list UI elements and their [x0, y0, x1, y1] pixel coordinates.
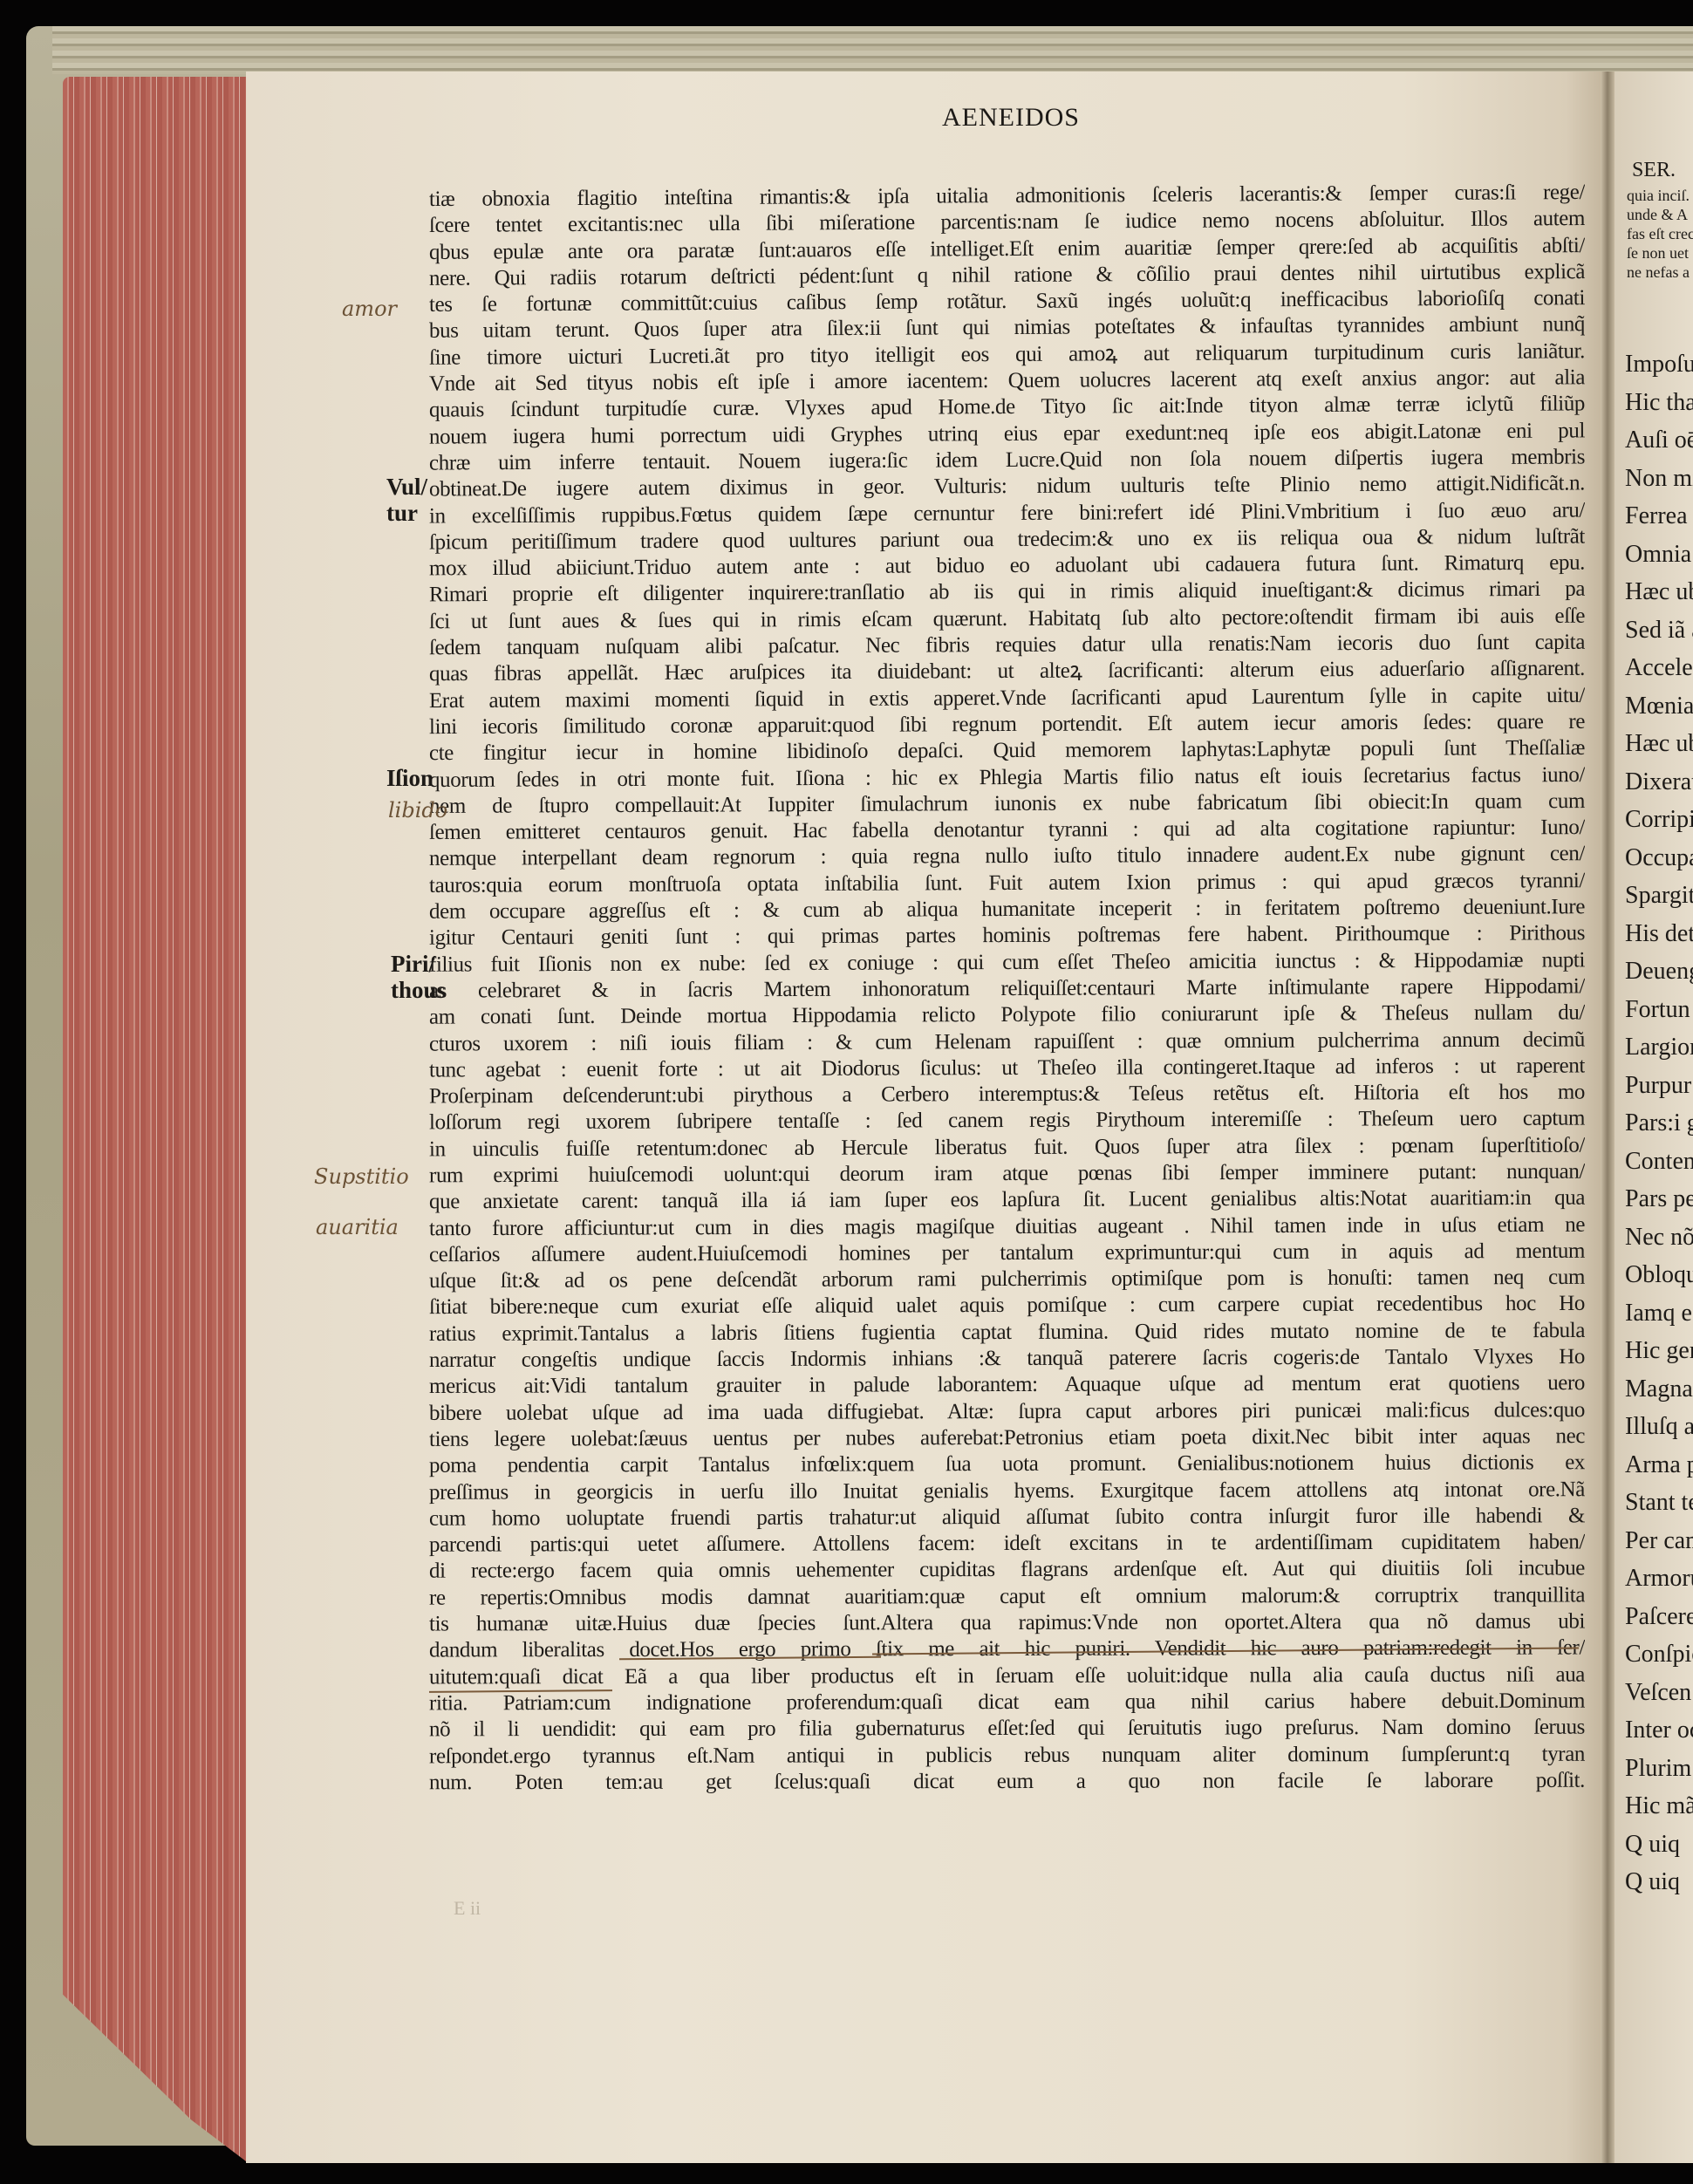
- right-page-verse-line: Fortun: [1625, 996, 1690, 1024]
- margin-note-ision: Iſion: [386, 765, 433, 791]
- right-page-verse-line: Dixerat:: [1625, 768, 1693, 796]
- text-line: parcendi partis:qui uetet aſſumere. Atto…: [429, 1529, 1585, 1559]
- text-line: di recte:ergo facem quia omnis uehemente…: [429, 1556, 1585, 1586]
- red-page-edges: [63, 77, 246, 2161]
- text-line: ceſſarios aſſumere audent.Huiuſcemodi ho…: [429, 1239, 1585, 1269]
- book-headcap: [52, 26, 1693, 74]
- right-page-verse-line: Impoſun: [1625, 351, 1693, 379]
- right-page-commentary-line: fas eſt crec: [1627, 225, 1693, 243]
- text-line: igitur Centauri geniti ſunt : qui primas…: [429, 921, 1585, 952]
- right-page-verse-line: Paſcere: [1625, 1603, 1693, 1631]
- right-page-verse-line: Omnia p: [1625, 541, 1693, 569]
- right-page-heading: SER.: [1632, 159, 1676, 182]
- right-page-verse-line: Magnar: [1625, 1375, 1693, 1403]
- text-line: re repertis:Omnibus modis damnat auariti…: [429, 1582, 1585, 1611]
- text-line: poma pendentia carpit Tantalus infœlix:q…: [429, 1450, 1585, 1479]
- right-page-verse-line: Pars pec: [1625, 1185, 1693, 1213]
- signature-mark: E ii: [454, 1897, 481, 1920]
- text-line: ſitiat bibere:neque cum exuriat eſſe ali…: [429, 1291, 1585, 1321]
- handwritten-note-superstitio: Supstitio: [314, 1164, 409, 1189]
- text-line: ritia. Patriam:cum indignatione proferen…: [429, 1689, 1585, 1717]
- handwritten-note-amor: amor: [342, 297, 397, 321]
- right-page-verse-line: Sed iã ag: [1625, 617, 1693, 645]
- right-page-verse-line: Per cam: [1625, 1527, 1693, 1555]
- right-page-verse-line: Occupa: [1625, 844, 1693, 872]
- right-page-verse-line: Conten: [1625, 1148, 1693, 1176]
- text-line: ratius exprimit.Tantalus a labris ſitien…: [429, 1318, 1585, 1348]
- text-line: uitutem:quaſi dicat Eã a qua liber produ…: [429, 1662, 1585, 1690]
- text-line: reſpondet.ergo tyrannus eſt.Nam antiqui …: [429, 1741, 1585, 1770]
- right-page-verse-line: His det: [1625, 920, 1693, 948]
- right-page-verse-line: Inter oc: [1625, 1716, 1693, 1744]
- text-line: cum homo uoluptate fruendi partis trahat…: [429, 1503, 1585, 1532]
- text-line: preſſimus in georgicis in uerſu illo Inu…: [429, 1477, 1585, 1506]
- right-page-commentary-line: ſe non uet: [1627, 244, 1689, 263]
- right-page-verse-line: Hic mã: [1625, 1792, 1693, 1820]
- text-line: bibere uolebat uſque ad ima uada diffugi…: [429, 1397, 1585, 1427]
- text-line: tanto furore afficiuntur:ut cum in dies …: [429, 1211, 1585, 1242]
- right-page-verse-line: Largior: [1625, 1034, 1693, 1061]
- text-line: tiens legere uolebat:ſæuus uentus per nu…: [429, 1423, 1585, 1453]
- text-line: in uinculis fuiſſe retentum:donec ab Her…: [429, 1132, 1585, 1163]
- right-page-verse-line: Auſi oēs: [1625, 427, 1693, 454]
- running-head: AENEIDOS: [942, 103, 1080, 133]
- right-page-verse-line: Veſcen: [1625, 1679, 1691, 1707]
- margin-note-vultur: Vul/ tur: [386, 474, 427, 526]
- text-line: que anxietate carent: tanquã illa iá iam…: [429, 1185, 1585, 1216]
- text-line: narratur congeſtis undique ſaccis Indorm…: [429, 1344, 1585, 1374]
- right-page-verse-line: Deueng: [1625, 958, 1693, 986]
- right-page-verse-line: Illuſq a: [1625, 1413, 1693, 1441]
- text-line: mericus ait:Vidi tantalum grauiter in pa…: [429, 1370, 1585, 1400]
- right-page-verse-line: Stant te: [1625, 1489, 1693, 1517]
- right-page-verse-line: Obloqu: [1625, 1261, 1693, 1289]
- text-line: nõ il li uendidit: qui eam pro filia gub…: [429, 1715, 1585, 1744]
- right-page-verse-line: Spargit: [1625, 882, 1693, 910]
- handwritten-note-libido: libido: [388, 798, 447, 822]
- right-page-verse-line: Armoru: [1625, 1565, 1693, 1593]
- gutter: [1601, 72, 1614, 2163]
- text-line: cturos uxorem : niſi iouis filiam : & cu…: [429, 1027, 1585, 1057]
- text-line: num. Poten tem:au get ſcelus:quaſi dicat…: [429, 1768, 1585, 1797]
- right-page-verse-line: Corripiu: [1625, 806, 1693, 834]
- right-page: SER. quia inciſ.unde & Afas eſt crecſe n…: [1614, 72, 1693, 2163]
- commentary-text-block: tiæ obnoxia flagitio inteſtina rimantis:…: [429, 183, 1585, 1795]
- right-page-verse-line: Hic gen: [1625, 1337, 1693, 1365]
- right-page-verse-line: Hæc ubi: [1625, 730, 1693, 758]
- right-page-verse-line: Nec nõ: [1625, 1224, 1693, 1252]
- text-line: tis humanæ uitæ.Huius duæ ſpecies ſunt.A…: [429, 1608, 1585, 1637]
- text-line: am conati ſunt. Deinde mortua Hippodamia…: [429, 1000, 1585, 1032]
- handwritten-note-auaritia: auaritia: [316, 1215, 399, 1239]
- right-page-verse-line: Non mi: [1625, 465, 1693, 493]
- right-page-verse-line: Q uiq: [1625, 1868, 1680, 1896]
- text-line: loſſorum regi uxorem ſubripere tentaſſe …: [429, 1106, 1585, 1136]
- right-page-verse-line: Conſpic: [1625, 1641, 1693, 1669]
- right-page-verse-line: Ferrea u: [1625, 502, 1693, 530]
- right-page-verse-line: Accelere: [1625, 654, 1693, 682]
- right-page-verse-line: Arma p: [1625, 1451, 1693, 1479]
- right-page-verse-line: Mœnia c: [1625, 693, 1693, 720]
- margin-note-pirithous: Piri/ thous: [391, 951, 446, 1003]
- text-line: rum exprimi huiuſcemodi uolunt:qui deoru…: [429, 1159, 1585, 1190]
- right-page-verse-line: Hic thal: [1625, 389, 1693, 417]
- right-page-verse-line: Iamq ea: [1625, 1300, 1693, 1327]
- right-page-verse-line: Hæc ubi: [1625, 578, 1693, 606]
- right-page-verse-line: Pars:i g: [1625, 1109, 1693, 1137]
- right-page-commentary-line: ne nefas a: [1627, 263, 1690, 282]
- right-page-commentary-line: quia inciſ.: [1627, 187, 1690, 205]
- right-page-commentary-line: unde & A: [1627, 206, 1688, 224]
- right-page-verse-line: Q uiq: [1625, 1831, 1680, 1859]
- right-page-verse-line: Plurim: [1625, 1755, 1691, 1783]
- right-page-verse-line: Purpur: [1625, 1072, 1691, 1100]
- text-line: uſque ſit:& ad os pene deſcendãt arborum…: [429, 1265, 1585, 1295]
